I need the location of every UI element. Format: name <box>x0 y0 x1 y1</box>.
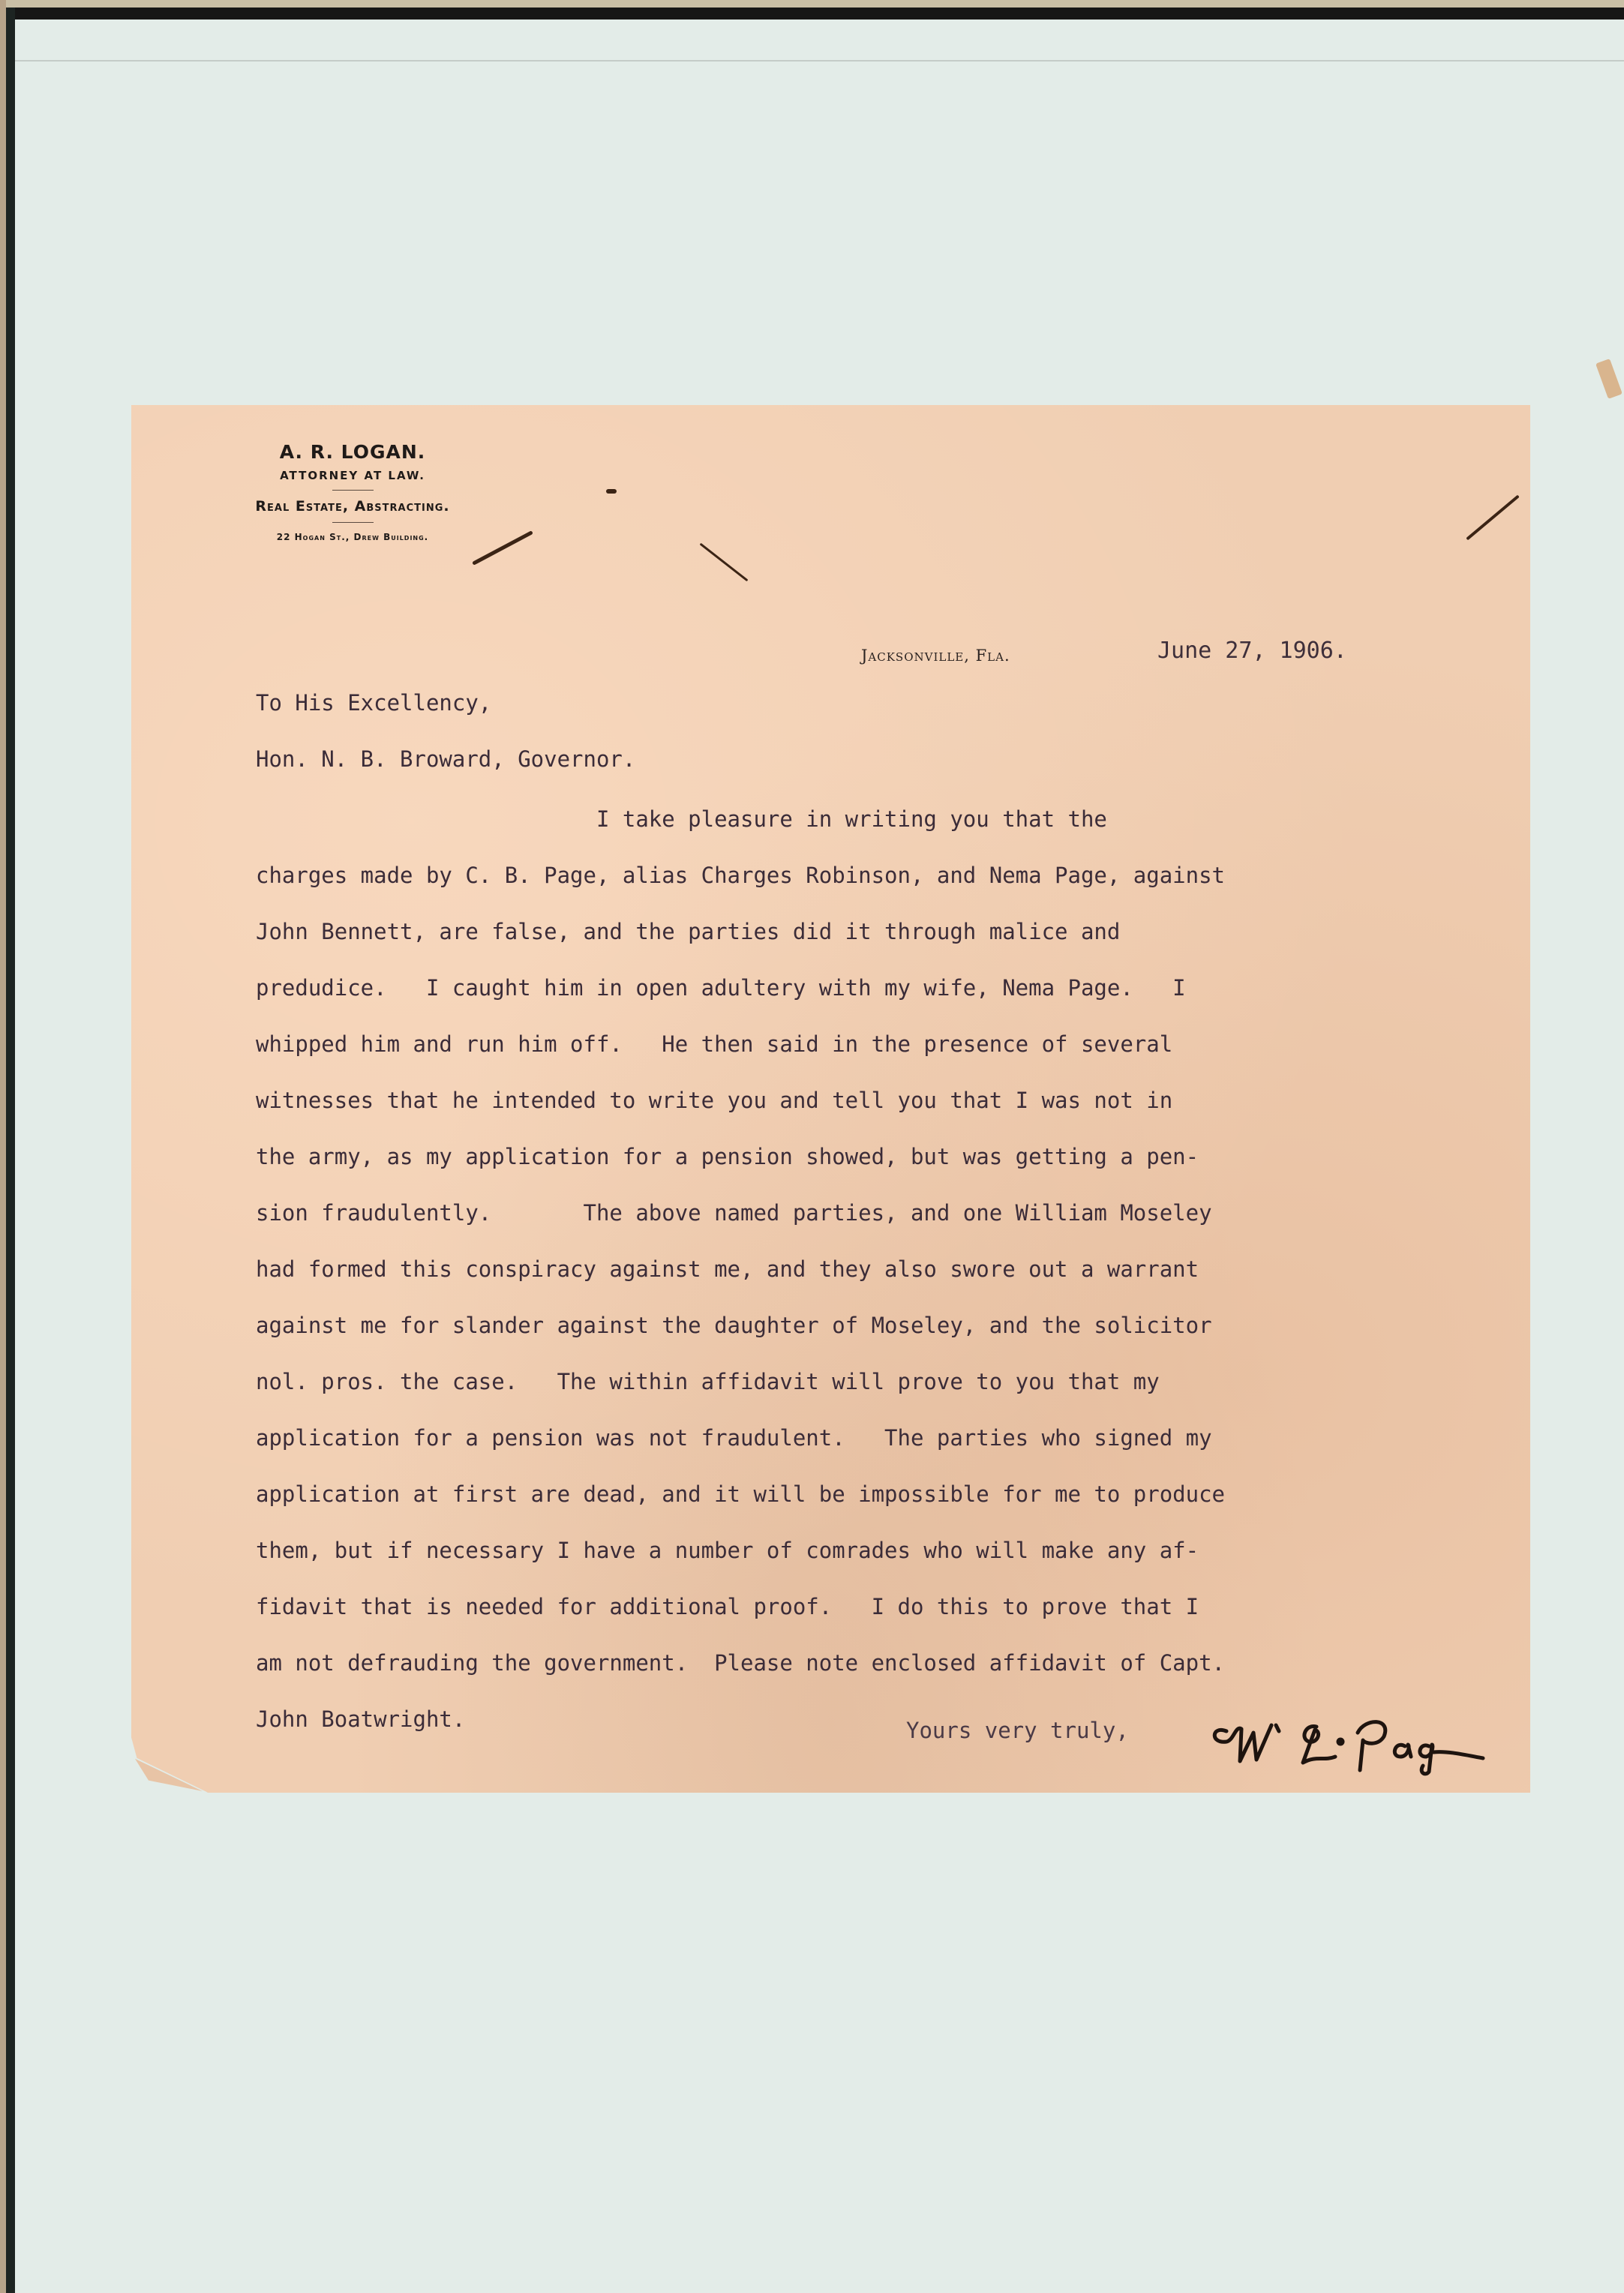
letterhead-divider <box>332 522 374 523</box>
handwritten-signature <box>1204 1703 1489 1778</box>
scan-frame-left <box>6 8 15 2293</box>
body-line: nol. pros. the case. The within affidavi… <box>256 1363 1471 1419</box>
letterhead: A. R. LOGAN. ATTORNEY AT LAW. Real Estat… <box>210 441 495 542</box>
body-line: charges made by C. B. Page, alias Charge… <box>256 857 1471 913</box>
body-line: predudice. I caught him in open adultery… <box>256 969 1471 1025</box>
body-line: I take pleasure in writing you that the <box>256 800 1471 857</box>
body-line: whipped him and run him off. He then sai… <box>256 1025 1471 1082</box>
body-line: had formed this conspiracy against me, a… <box>256 1250 1471 1307</box>
body-line: them, but if necessary I have a number o… <box>256 1532 1471 1588</box>
body-line: the army, as my application for a pensio… <box>256 1138 1471 1194</box>
letterhead-address: 22 Hogan St., Drew Building. <box>210 532 495 542</box>
salutation-line: Hon. N. B. Broward, Governor. <box>256 740 1471 800</box>
body-line: witnesses that he intended to write you … <box>256 1082 1471 1138</box>
dateline-place: Jacksonville, Fla. <box>861 647 1010 665</box>
body-line: fidavit that is needed for additional pr… <box>256 1588 1471 1644</box>
letterhead-name: A. R. LOGAN. <box>210 441 495 463</box>
dateline-date: June 27, 1906. <box>1157 638 1347 664</box>
scan-frame-top <box>0 8 1624 20</box>
letterhead-services: Real Estate, Abstracting. <box>210 498 495 515</box>
body-line: against me for slander against the daugh… <box>256 1307 1471 1363</box>
body-line: application at first are dead, and it wi… <box>256 1475 1471 1532</box>
body-line: application for a pension was not fraudu… <box>256 1419 1471 1475</box>
mount-crease-line <box>15 60 1624 62</box>
salutation-line: To His Excellency, <box>256 684 1471 740</box>
letter-body: To His Excellency, Hon. N. B. Broward, G… <box>256 684 1471 1757</box>
scan-left-edge <box>0 0 6 2293</box>
valediction: Yours very truly, <box>906 1718 1129 1743</box>
letterhead-title: ATTORNEY AT LAW. <box>210 469 495 482</box>
tape-fragment <box>1595 359 1622 399</box>
letterhead-divider <box>332 490 374 491</box>
scan-top-edge <box>0 0 1624 8</box>
body-line: John Bennett, are false, and the parties… <box>256 913 1471 969</box>
ink-speck <box>606 489 617 494</box>
body-line: am not defrauding the government. Please… <box>256 1644 1471 1700</box>
body-line: sion fraudulently. The above named parti… <box>256 1194 1471 1250</box>
